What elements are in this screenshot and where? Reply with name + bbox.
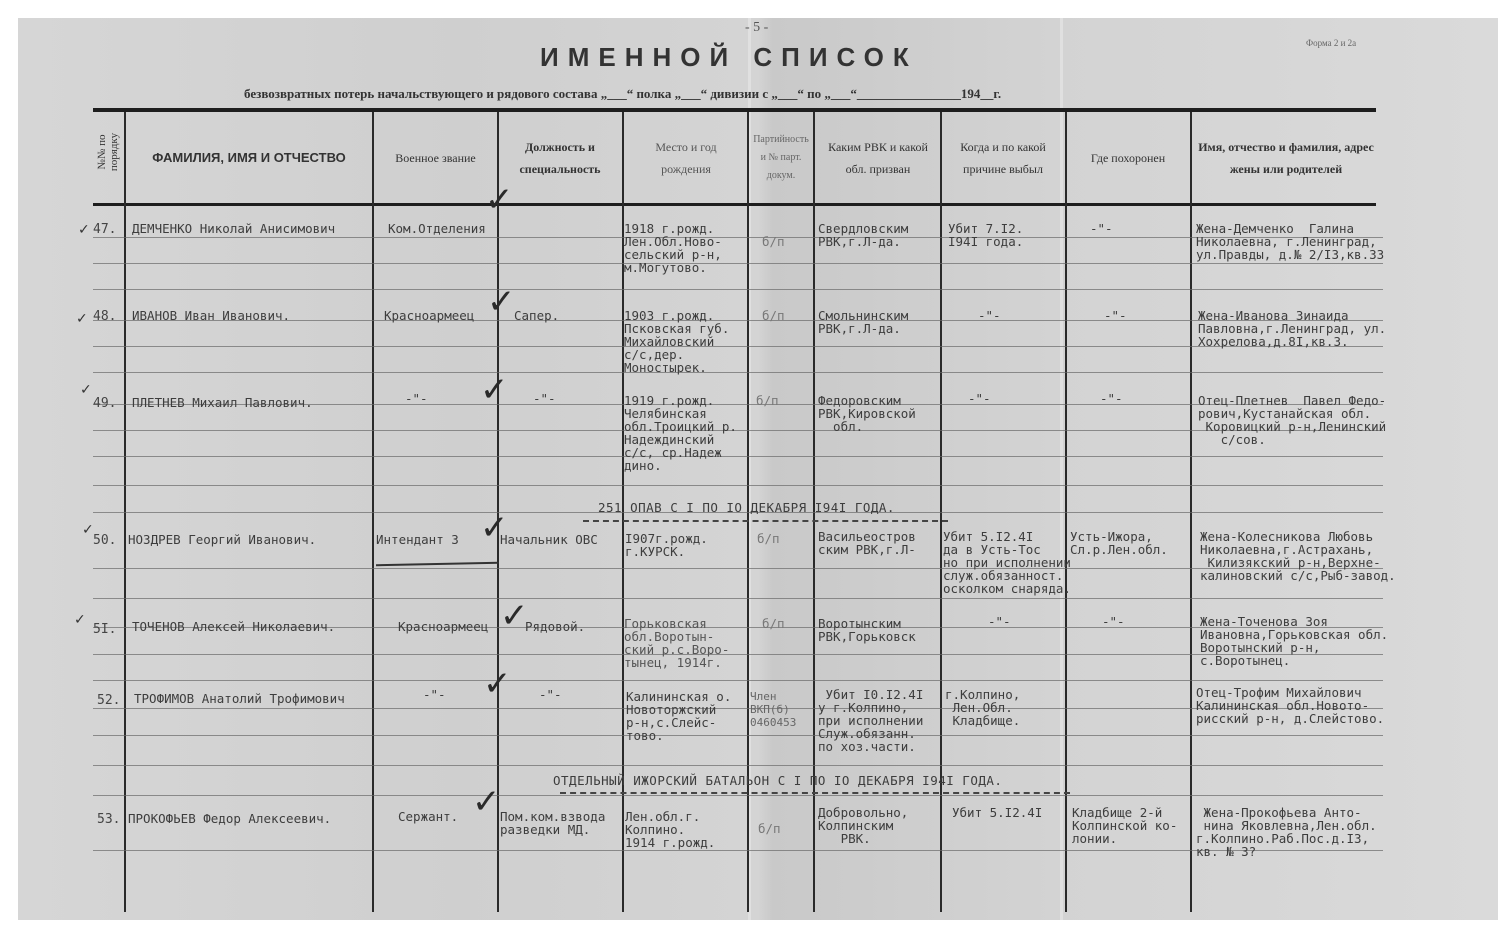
cell-when: -"- bbox=[968, 392, 991, 405]
check-mark-icon: ✓ bbox=[480, 508, 509, 548]
cell-when: Убит 7.I2. I94I года. bbox=[948, 222, 1023, 248]
margin-check-icon: ✓ bbox=[76, 311, 88, 327]
cell-position: Пом.ком.взвода разведки МД. bbox=[500, 810, 605, 836]
cell-when: г.Колпино, Лен.Обл. Кладбище. bbox=[945, 688, 1020, 727]
cell-birth: 1903 г.рожд. Псковская губ. Михайловский… bbox=[624, 309, 729, 374]
cell-rank: Интендант 3 bbox=[376, 533, 459, 546]
cell-birth: 1918 г.рожд. Лен.Обл.Ново- сельский р-н,… bbox=[624, 222, 722, 274]
row-number: 47. bbox=[93, 222, 116, 237]
section-underline bbox=[583, 520, 948, 522]
header-when: Когда и по какой причине выбыл bbox=[944, 112, 1062, 203]
cell-rank: Красноармеец bbox=[398, 620, 488, 633]
cell-rank: Ком.Отделения bbox=[388, 222, 486, 235]
header-name: ФАМИЛИЯ, ИМЯ И ОТЧЕСТВО bbox=[126, 112, 372, 203]
margin-check-icon: ✓ bbox=[78, 222, 90, 238]
cell-relatives: Отец-Плетнев Павел Федо- рович,Кустанайс… bbox=[1198, 394, 1386, 446]
section-heading: 251 ОПАВ С I ПО IO ДЕКАБРЯ I94I ГОДА. bbox=[598, 500, 895, 515]
header-rvk: Каким РВК и какой обл. призван bbox=[818, 112, 938, 203]
row-number: 52. bbox=[97, 693, 120, 708]
cell-position: Начальник ОВС bbox=[500, 533, 598, 546]
document-title: ИМЕННОЙ СПИСОК bbox=[540, 42, 918, 73]
row-number: 49. bbox=[93, 396, 116, 411]
check-mark-icon: ✓ bbox=[487, 282, 516, 322]
row-number: 48. bbox=[93, 309, 116, 324]
cell-relatives: Отец-Трофим Михайлович Калининская обл.Н… bbox=[1196, 686, 1384, 725]
cell-rank: -"- bbox=[405, 392, 428, 405]
header-position: Должность и специальность bbox=[514, 112, 606, 203]
cell-buried: -"- bbox=[1100, 392, 1123, 405]
header-relatives: Имя, отчество и фамилия, адрес жены или … bbox=[1196, 112, 1376, 203]
header-bottom-border bbox=[93, 203, 1376, 206]
form-number: Форма 2 и 2а bbox=[1306, 38, 1356, 48]
cell-rvk: Смольнинским РВК,г.Л-да. bbox=[818, 309, 908, 335]
cell-party: б/п bbox=[762, 617, 785, 630]
cell-party: б/п bbox=[757, 532, 780, 545]
cell-relatives: Жена-Точенова Зоя Ивановна,Горьковская о… bbox=[1200, 615, 1388, 667]
cell-rvk: Воротынским РВК,Горьковск bbox=[818, 617, 916, 643]
check-mark-icon: ✓ bbox=[500, 596, 529, 636]
margin-check-icon: ✓ bbox=[80, 382, 92, 398]
cell-birth: Лен.обл.г. Колпино. 1914 г.рожд. bbox=[625, 810, 715, 849]
row-number: 50. bbox=[93, 533, 116, 548]
cell-rvk: Свердловским РВК,г.Л-да. bbox=[818, 222, 908, 248]
cell-rank: -"- bbox=[423, 688, 446, 701]
cell-name: ПРОКОФЬЕВ Федор Алексеевич. bbox=[128, 812, 331, 825]
cell-birth: Горьковская обл.Воротын- ский р.с.Воро- … bbox=[624, 617, 729, 669]
cell-position: Рядовой. bbox=[525, 620, 585, 633]
cell-rank: Красноармеец bbox=[384, 309, 474, 322]
cell-buried: Усть-Ижора, Сл.р.Лен.обл. bbox=[1070, 530, 1168, 556]
cell-relatives: Жена-Колесникова Любовь Николаевна,г.Аст… bbox=[1200, 530, 1396, 582]
cell-position: -"- bbox=[539, 688, 562, 701]
page-number: - 5 - bbox=[745, 20, 768, 36]
cell-rvk: Убит I0.I2.4I у г.Колпино, при исполнени… bbox=[818, 688, 923, 753]
cell-party: Член ВКП(б) 0460453 bbox=[750, 690, 796, 729]
cell-relatives: Жена-Демченко Галина Николаевна, г.Ленин… bbox=[1196, 222, 1384, 261]
cell-party: б/п bbox=[758, 822, 781, 835]
cell-party: б/п bbox=[756, 394, 779, 407]
header-party: Партийность и № парт. докум. bbox=[752, 112, 810, 203]
document-subtitle: безвозвратных потерь начальствующего и р… bbox=[244, 86, 1001, 102]
header-birth: Место и год рождения bbox=[640, 112, 732, 203]
cell-name: ТРОФИМОВ Анатолий Трофимович bbox=[134, 692, 345, 705]
cell-relatives: Жена-Иванова Зинаида Павловна,г.Ленингра… bbox=[1198, 309, 1386, 348]
section-underline bbox=[560, 792, 1070, 794]
cell-party: б/п bbox=[762, 309, 785, 322]
cell-name: ПЛЕТНЕВ Михаил Павлович. bbox=[132, 396, 313, 409]
cell-when: -"- bbox=[978, 309, 1001, 322]
check-mark-icon: ✓ bbox=[472, 782, 501, 822]
row-number: 53. bbox=[97, 812, 120, 827]
margin-check-icon: ✓ bbox=[82, 522, 94, 538]
cell-rank: Сержант. bbox=[398, 810, 458, 823]
cell-buried: Кладбище 2-й Колпинской ко- лонии. bbox=[1072, 806, 1177, 845]
cell-when: -"- bbox=[988, 615, 1011, 628]
margin-check-icon: ✓ bbox=[74, 612, 86, 628]
cell-position: -"- bbox=[533, 392, 556, 405]
cell-buried: -"- bbox=[1102, 615, 1125, 628]
cell-rvk: Васильеостров ским РВК,г.Л- bbox=[818, 530, 916, 556]
check-mark-icon: ✓ bbox=[485, 180, 514, 220]
cell-position: Сапер. bbox=[514, 309, 559, 322]
cell-buried: -"- bbox=[1090, 222, 1113, 235]
check-mark-icon: ✓ bbox=[480, 370, 509, 410]
cell-rvk: Добровольно, Колпинским РВК. bbox=[818, 806, 908, 845]
cell-name: ИВАНОВ Иван Иванович. bbox=[132, 309, 290, 322]
header-buried: Где похоронен bbox=[1068, 112, 1188, 203]
cell-name: ДЕМЧЕНКО Николай Анисимович bbox=[132, 222, 335, 235]
cell-name: ТОЧЕНОВ Алексей Николаевич. bbox=[132, 620, 335, 633]
cell-birth: I907г.рожд. г.КУРСК. bbox=[625, 532, 708, 558]
cell-rvk: Федоровским РВК,Кировской обл. bbox=[818, 394, 916, 433]
cell-when: Убит 5.I2.4I да в Усть-Тос но при исполн… bbox=[943, 530, 1071, 595]
cell-buried: -"- bbox=[1104, 309, 1127, 322]
check-mark-icon: ✓ bbox=[483, 664, 512, 704]
cell-name: НОЗДРЕВ Георгий Иванович. bbox=[128, 533, 316, 546]
cell-birth: Калининская о. Новоторжский р-н,с.Слейс-… bbox=[626, 690, 731, 742]
cell-when: Убит 5.I2.4I bbox=[952, 806, 1042, 819]
section-heading: ОТДЕЛЬНЫЙ ИЖОРСКИЙ БАТАЛЬОН С I ПО IO ДЕ… bbox=[553, 773, 1002, 788]
header-no: №№ по порядку bbox=[96, 132, 120, 172]
cell-relatives: Жена-Прокофьева Анто- нина Яковлевна,Лен… bbox=[1196, 806, 1377, 858]
cell-birth: 1919 г.рожд. Челябинская обл.Троицкий р.… bbox=[624, 394, 737, 472]
header-rank: Военное звание bbox=[374, 112, 497, 203]
row-number: 5I. bbox=[93, 622, 116, 637]
cell-party: б/п bbox=[762, 235, 785, 248]
